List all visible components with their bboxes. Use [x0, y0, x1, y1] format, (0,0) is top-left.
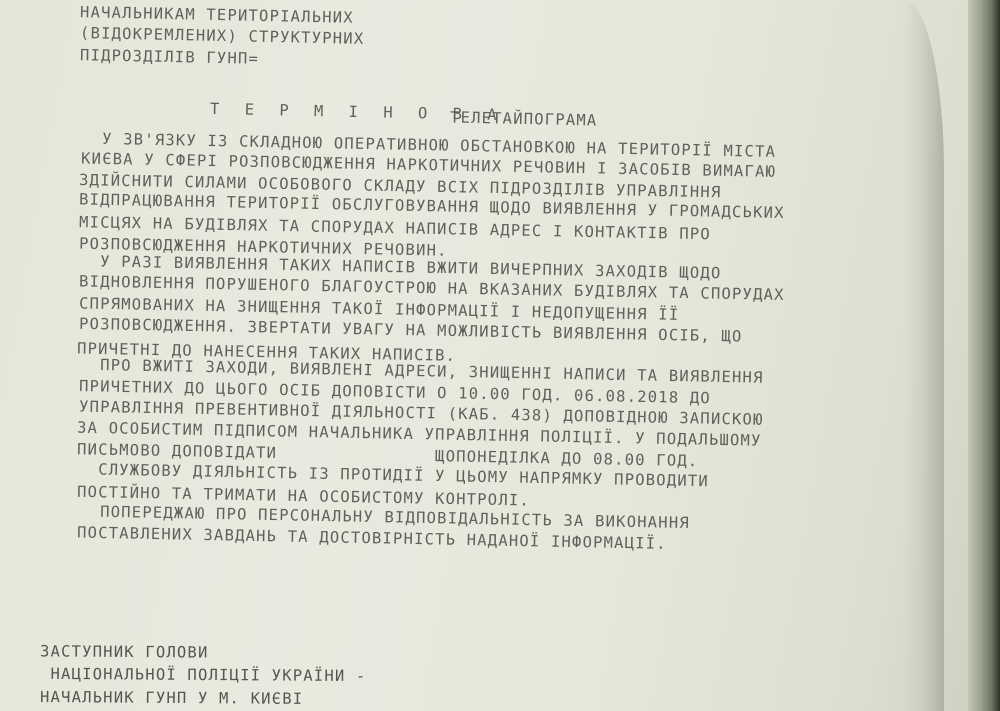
title-teletype: ТЕЛЕТАЙПОГРАМА	[450, 108, 598, 129]
addressee-line: ПІДРОЗДІЛІВ ГУНП=	[80, 46, 259, 68]
signature-line: НАЧАЛЬНИК ГУНП У М. КИЄВІ	[40, 688, 303, 708]
telegram-text: НАЧАЛЬНИКАМ ТЕРИТОРІАЛЬНИХ (ВІДОКРЕМЛЕНИ…	[0, 0, 968, 711]
background-edge	[968, 0, 1000, 711]
addressee-line: (ВІДОКРЕМЛЕНИХ) СТРУКТУРНИХ	[80, 24, 365, 48]
signature-line: ЗАСТУПНИК ГОЛОВИ	[40, 642, 209, 661]
signature-line: НАЦІОНАЛЬНОЇ ПОЛІЦІЇ УКРАЇНИ -	[40, 665, 367, 685]
addressee-line: НАЧАЛЬНИКАМ ТЕРИТОРІАЛЬНИХ	[80, 3, 354, 27]
